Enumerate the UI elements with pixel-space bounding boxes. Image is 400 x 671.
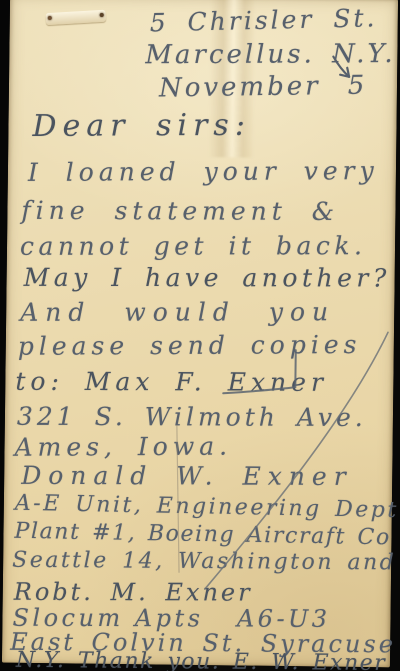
body-line: And would you — [20, 297, 335, 327]
closing-signature-line: N.Y. Thank you. E. W. Exner — [16, 648, 386, 671]
sender-city-line: Marcellus. N.Y. — [145, 39, 395, 70]
letter-paper: 5 Chrisler St. Marcellus. N.Y. November … — [2, 0, 398, 667]
body-line: fine statement & — [21, 196, 339, 226]
body-line: please send copies — [18, 330, 362, 361]
salutation: Dear sirs: — [32, 108, 251, 144]
sender-address-line: 5 Chrisler St. — [149, 3, 377, 37]
scanned-letter: 5 Chrisler St. Marcellus. N.Y. November … — [0, 0, 400, 671]
staple-hole-right-icon — [100, 13, 104, 17]
body-line: May I have another? — [24, 263, 391, 293]
recipient-3-name-line: Robt. M. Exner — [14, 578, 253, 607]
recipient-1-address-line: 321 S. Wilmoth Ave. — [17, 402, 367, 432]
recipient-2-name-line: Donald W. Exner — [21, 461, 353, 491]
recipient-2-unit-line: A-E Unit, Engineering Dept — [15, 491, 399, 523]
body-line: I loaned your very — [28, 156, 379, 187]
recipient-2-city-line: Seattle 14, Washington and — [12, 548, 396, 576]
recipient-2-plant-line: Plant #1, Boeing Aircraft Co — [14, 519, 391, 551]
staple-mark — [46, 10, 107, 25]
staple-hole-left-icon — [48, 16, 52, 20]
recipient-1-city-line: Ames, Iowa. — [14, 432, 232, 462]
date-line: November 5 — [159, 71, 368, 104]
recipient-1-name-line: to: Max F. Exner — [15, 367, 328, 397]
body-line: cannot get it back. — [20, 231, 367, 261]
